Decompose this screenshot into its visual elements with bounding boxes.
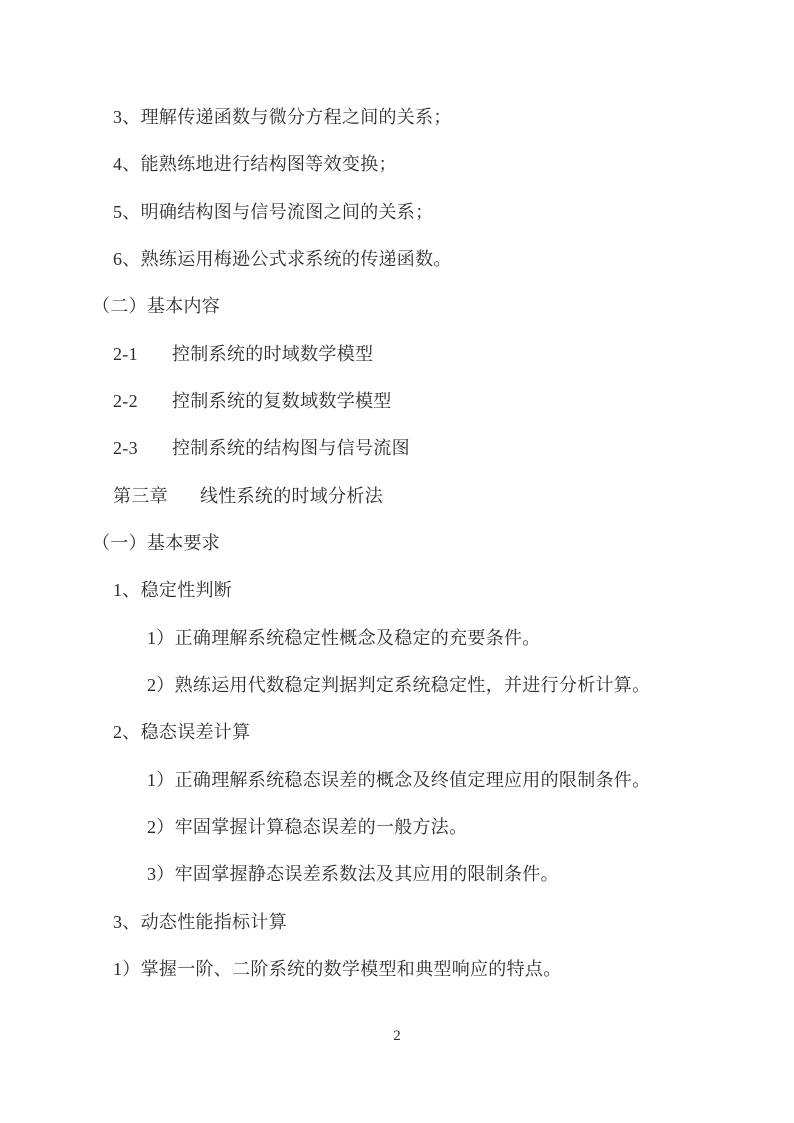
line-chapter: 第三章线性系统的时域分析法: [0, 482, 794, 529]
line-item: 1）掌握一阶、二阶系统的数学模型和典型响应的特点。: [0, 955, 794, 1002]
section-number: 2-1: [113, 340, 172, 368]
line-sub: 1）正确理解系统稳定性概念及稳定的充要条件。: [0, 624, 794, 671]
chapter-number: 第三章: [113, 482, 200, 510]
line-sub: 3）牢固掌握静态误差系数法及其应用的限制条件。: [0, 860, 794, 907]
line-section: 2-1控制系统的时域数学模型: [0, 340, 794, 387]
line-item: 4、能熟练地进行结构图等效变换；: [0, 150, 794, 197]
line-item: 1、稳定性判断: [0, 576, 794, 623]
line-paren: （一）基本要求: [0, 529, 794, 576]
line-item: 5、明确结构图与信号流图之间的关系；: [0, 198, 794, 245]
line-sub: 2）牢固掌握计算稳态误差的一般方法。: [0, 813, 794, 860]
line-section: 2-2控制系统的复数域数学模型: [0, 387, 794, 434]
page-number: 2: [0, 1027, 794, 1045]
section-number: 2-2: [113, 387, 172, 415]
line-item: 3、理解传递函数与微分方程之间的关系；: [0, 103, 794, 150]
section-title: 控制系统的结构图与信号流图: [172, 438, 410, 458]
line-item: 6、熟练运用梅逊公式求系统的传递函数。: [0, 245, 794, 292]
section-number: 2-3: [113, 434, 172, 462]
line-paren: （二）基本内容: [0, 292, 794, 339]
line-sub: 2）熟练运用代数稳定判据判定系统稳定性，并进行分析计算。: [0, 671, 794, 718]
document-page: 3、理解传递函数与微分方程之间的关系；4、能熟练地进行结构图等效变换；5、明确结…: [0, 0, 794, 1123]
chapter-title: 线性系统的时域分析法: [200, 486, 383, 506]
line-item: 3、动态性能指标计算: [0, 908, 794, 955]
section-title: 控制系统的时域数学模型: [172, 344, 373, 364]
line-section: 2-3控制系统的结构图与信号流图: [0, 434, 794, 481]
section-title: 控制系统的复数域数学模型: [172, 391, 392, 411]
document-content: 3、理解传递函数与微分方程之间的关系；4、能熟练地进行结构图等效变换；5、明确结…: [0, 103, 794, 1002]
line-sub: 1）正确理解系统稳态误差的概念及终值定理应用的限制条件。: [0, 766, 794, 813]
line-item: 2、稳态误差计算: [0, 718, 794, 765]
